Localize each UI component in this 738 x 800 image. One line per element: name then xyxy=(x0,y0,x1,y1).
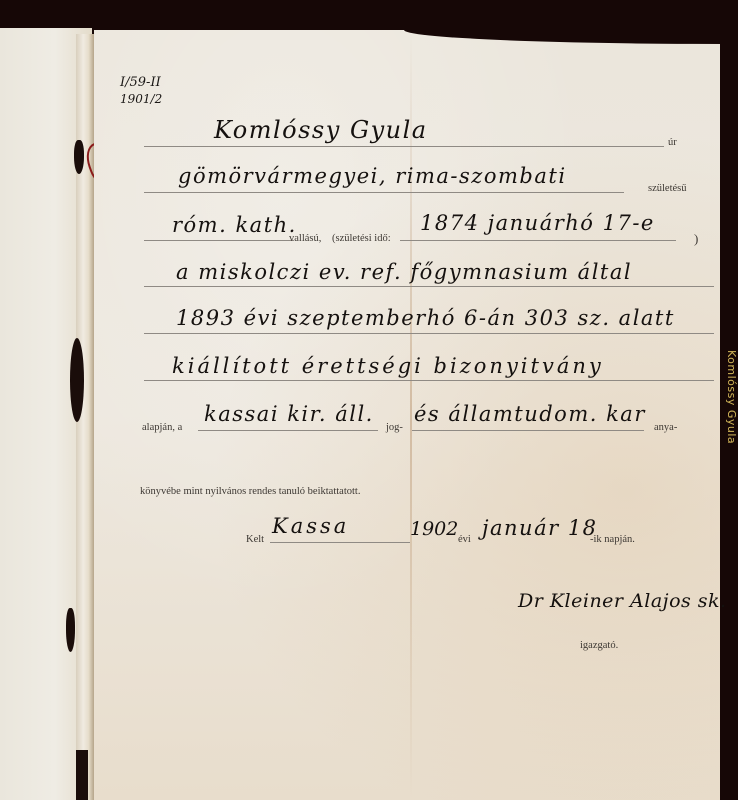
institution: kassai kir. áll. xyxy=(204,402,374,426)
label-ik-napjan: -ik napján. xyxy=(590,534,635,545)
birthplace: gömörvármegyei, rima-szombati xyxy=(178,164,567,188)
binding-tear xyxy=(74,140,84,174)
student-name: Komlóssy Gyula xyxy=(214,116,428,144)
director-signature: Dr Kleiner Alajos sk. xyxy=(518,590,727,612)
certificate-type: kiállított érettségi bizonyitvány xyxy=(172,354,604,378)
binding-tear xyxy=(66,608,75,652)
place-kassa: Kassa xyxy=(272,514,349,538)
reference-number-line2: 1901/2 xyxy=(120,92,162,106)
date-january-18: január 18 xyxy=(482,516,598,540)
label-igazgato: igazgató. xyxy=(580,640,618,651)
spine-label: Komlóssy Gyula xyxy=(722,350,738,510)
page-edge xyxy=(404,30,724,44)
label-vallasu: vallású, xyxy=(289,233,321,244)
exam-date-number: 1893 évi szeptemberhó 6-án 303 sz. alatt xyxy=(176,306,675,330)
label-kelt: Kelt xyxy=(246,534,264,545)
religion: róm. kath. xyxy=(172,213,297,237)
binding-tear xyxy=(76,750,88,800)
label-anya: anya- xyxy=(654,422,677,433)
label-close-paren: ) xyxy=(694,231,698,247)
gymnasium: a miskolczi ev. ref. főgymnasium által xyxy=(176,260,632,284)
label-alapjan: alapján, a xyxy=(142,422,182,433)
certificate-page: I/59-II 1901/2 Komlóssy Gyula úr gömörvá… xyxy=(94,30,720,800)
label-evi: évi xyxy=(458,534,471,545)
label-szuletesi-ido: (születési idő: xyxy=(332,233,391,244)
year-1902: 1902 xyxy=(410,518,458,540)
label-jog: jog- xyxy=(386,422,403,433)
reference-number-line1: I/59-II xyxy=(120,76,161,90)
label-ur: úr xyxy=(668,137,677,148)
label-szuletesu: születésű xyxy=(648,183,687,194)
binding-tear xyxy=(70,338,84,422)
enrollment-statement: könyvébe mint nyilvános rendes tanuló be… xyxy=(140,486,360,497)
faculty: és államtudom. kar xyxy=(414,402,646,426)
birth-date: 1874 januárhó 17-e xyxy=(420,211,655,235)
